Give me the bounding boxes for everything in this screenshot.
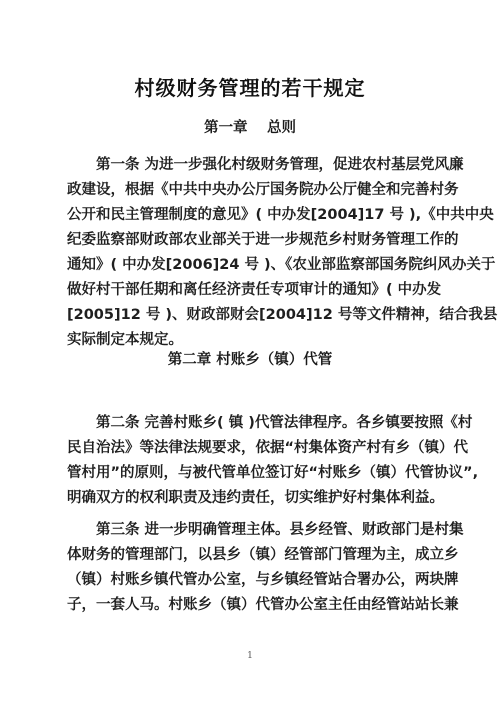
article-1: 第一条 为进一步强化村级财务管理，促进农村基层党风廉 政建设，根据《中共中央办公…: [67, 153, 433, 353]
chapter-1-heading: 第一章 总则: [0, 116, 500, 137]
text-line: 民自治法》等法律法规要求，依据“村集体资产村有乡（镇）代: [67, 436, 433, 461]
text-line: 明确双方的权利职责及违约责任，切实维护好村集体利益。: [67, 486, 433, 511]
article-2: 第二条 完善村账乡( 镇 )代管法律程序。各乡镇要按照《村 民自治法》等法律法规…: [67, 411, 433, 511]
text-line: 第一条 为进一步强化村级财务管理，促进农村基层党风廉: [67, 153, 433, 178]
text-line: 政建设，根据《中共中央办公厅国务院办公厅健全和完善村务: [67, 178, 433, 203]
text-line: 第三条 进一步明确管理主体。县乡经管、财政部门是村集: [67, 518, 433, 543]
article-3: 第三条 进一步明确管理主体。县乡经管、财政部门是村集 体财务的管理部门，以县乡（…: [67, 518, 433, 618]
text-line: 体财务的管理部门，以县乡（镇）经管部门管理为主，成立乡: [67, 543, 433, 568]
text-line: 纪委监察部财政部农业部关于进一步规范乡村财务管理工作的: [67, 228, 433, 253]
text-line: 公开和民主管理制度的意见》( 中办发[2004]17 号 ),《中共中央: [67, 203, 433, 228]
text-line: 第二条 完善村账乡( 镇 )代管法律程序。各乡镇要按照《村: [67, 411, 433, 436]
text-line: 做好村干部任期和离任经济责任专项审计的通知》( 中办发: [67, 278, 433, 303]
document-title: 村级财务管理的若干规定: [0, 72, 500, 101]
chapter-2-heading: 第二章 村账乡（镇）代管: [0, 348, 500, 369]
text-line: 子，一套人马。村账乡（镇）代管办公室主任由经管站站长兼: [67, 593, 433, 618]
text-line: [2005]12 号 )、财政部财会[2004]12 号等文件精神，结合我县: [67, 303, 433, 328]
document-page: 村级财务管理的若干规定 第一章 总则 第一条 为进一步强化村级财务管理，促进农村…: [0, 0, 500, 707]
text-line: 通知》( 中办发[2006]24 号 )、《农业部监察部国务院纠风办关于: [67, 253, 433, 278]
text-line: （镇）村账乡镇代管办公室，与乡镇经管站合署办公，两块牌: [67, 568, 433, 593]
page-number: 1: [0, 651, 500, 661]
text-line: 管村用”的原则，与被代管单位签订好“村账乡（镇）代管协议”,: [67, 461, 433, 486]
